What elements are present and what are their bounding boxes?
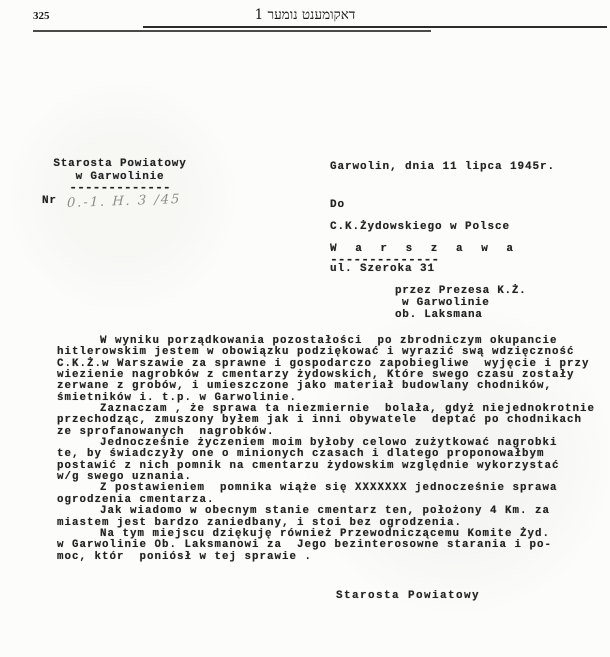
spacer: [330, 234, 519, 243]
header-title-yiddish: דאקומענט נומער 1: [0, 7, 610, 23]
sender-underline: -------------: [40, 184, 200, 192]
body-paragraph: Jak wiadomo w obecnym stanie cmentarz te…: [57, 506, 610, 529]
body-paragraph: Jednocześnie życzeniem moim byłoby celow…: [57, 438, 610, 483]
date-line: Garwolin, dnia 11 lipca 1945r.: [330, 161, 555, 173]
body-paragraph: Na tym miejscu dziękuję również Przewodn…: [57, 529, 610, 563]
body-paragraph: Zaznaczam , że sprawa ta niezmiernie bol…: [57, 404, 610, 438]
sender-block: Starosta Powiatowy w Garwolinie --------…: [40, 158, 200, 208]
via-line: w Garwolinie: [395, 298, 526, 310]
recipient-name: C.K.Żydowskiego w Polsce: [330, 221, 519, 234]
document-page: 325 דאקומענט נומער 1 Starosta Powiatowy …: [0, 0, 610, 657]
reference-number-label: Nr: [42, 195, 57, 208]
spacer: [330, 212, 519, 221]
header-rule-top: [143, 26, 607, 28]
recipient-underline: --------------: [330, 256, 519, 263]
sender-location: w Garwolinie: [40, 171, 200, 184]
via-block: przez Prezesa K.Ż. w Garwolinie ob. Laks…: [395, 286, 526, 321]
body-paragraph: W wyniku porządkowania pozostałości po z…: [57, 336, 610, 404]
sender-name: Starosta Powiatowy: [40, 158, 200, 171]
recipient-to-label: Do: [330, 199, 519, 212]
letter-body: W wyniku porządkowania pozostałości po z…: [57, 336, 610, 563]
reference-number-line: Nr 0.-1. H. 3 /45: [40, 195, 200, 208]
body-paragraph: Z postawieniem pomnika wiąże się XXXXXXX…: [57, 483, 610, 506]
via-line: ob. Laksmana: [395, 310, 526, 322]
header-rule-bottom: [33, 30, 431, 32]
recipient-street: ul. Szeroka 31: [330, 263, 519, 276]
reference-number-handwritten: 0.-1. H. 3 /45: [67, 193, 182, 210]
recipient-block: Do C.K.Żydowskiego w Polsce W a r s z a …: [330, 199, 519, 276]
signature: Starosta Powiatowy: [336, 590, 480, 602]
